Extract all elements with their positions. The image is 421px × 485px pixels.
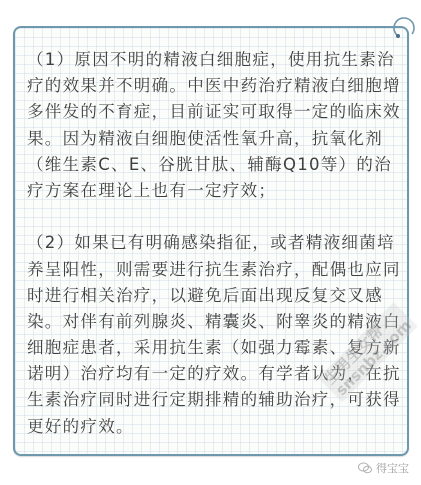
text-line: 时进行相关治疗，以避免后面出现反复交叉感: [27, 283, 397, 309]
text-line: 疗的效果并不明确。中医中药治疗精液白细胞增: [27, 73, 397, 99]
footer-watermark-label: 得宝宝: [376, 460, 409, 476]
footer-watermark: 得宝宝: [358, 460, 409, 476]
text-line: 果。因为精液白细胞使活性氧升高，抗氧化剂: [27, 126, 397, 152]
text-line: 养呈阳性，则需要进行抗生素治疗，配偶也应同: [27, 257, 397, 283]
text-line: 更好的疗效。: [27, 414, 397, 440]
text-line: 疗方案在理论上也有一定疗效；: [27, 178, 397, 204]
paragraph-2: （2）如果已有明确感染指征，或者精液细菌培 养呈阳性，则需要进行抗生素治疗，配偶…: [27, 230, 397, 440]
text-line: 多伴发的不育症，目前证实可取得一定的临床效: [27, 99, 397, 125]
paragraph-spacer: [27, 204, 397, 230]
text-line: 染。对伴有前列腺炎、精囊炎、附睾炎的精液白: [27, 309, 397, 335]
paragraph-1: （1）原因不明的精液白细胞症，使用抗生素治 疗的效果并不明确。中医中药治疗精液白…: [27, 47, 397, 204]
text-line: （2）如果已有明确感染指征，或者精液细菌培: [27, 230, 397, 256]
text-line: （维生素C、E、谷胱甘肽、辅酶Q10等）的治: [27, 152, 397, 178]
text-line: （1）原因不明的精液白细胞症，使用抗生素治: [27, 47, 397, 73]
wechat-icon: [358, 462, 372, 474]
corner-swirl-icon: [390, 14, 418, 42]
